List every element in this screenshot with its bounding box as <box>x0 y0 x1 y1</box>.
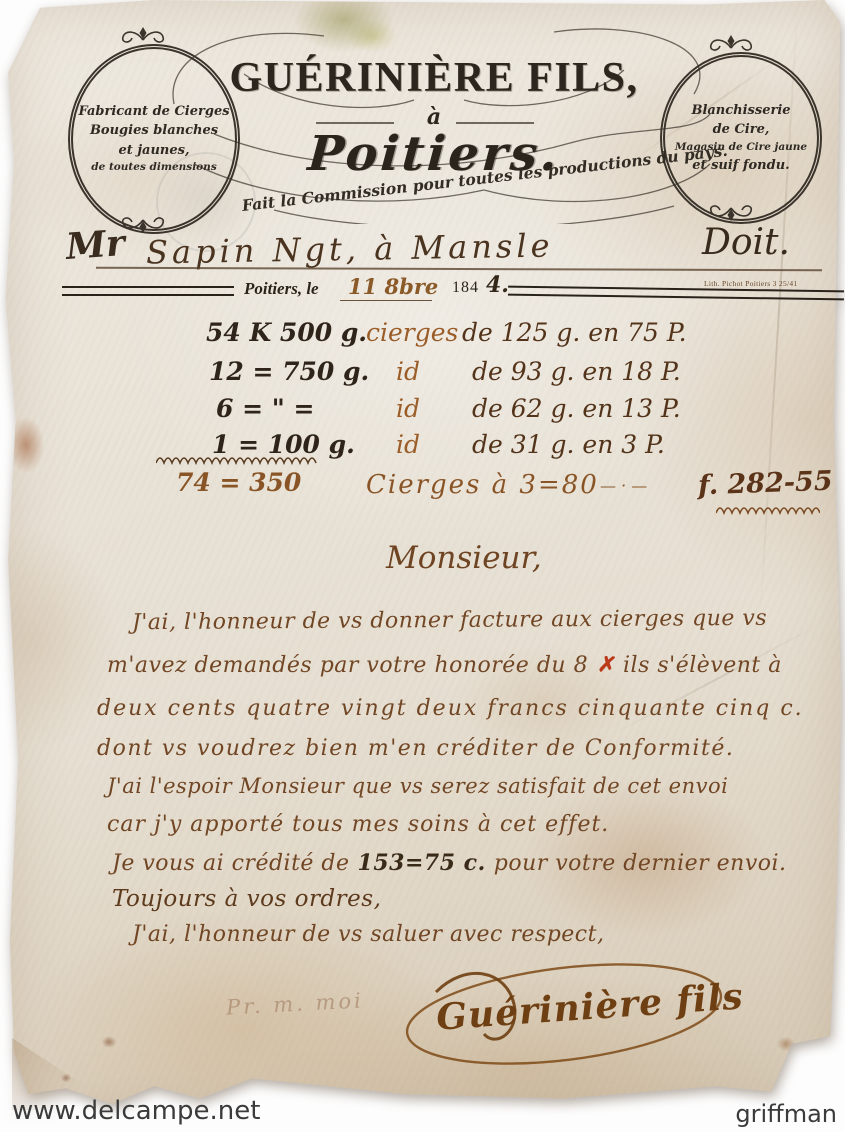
invoice-total-amount: f. 282-55 <box>698 466 834 502</box>
body-line-5: J'ai l'espoir Monsieur que vs serez sati… <box>107 774 728 798</box>
body-line-1: J'ai, l'honneur de vs donner facture aux… <box>132 606 767 635</box>
closing-line-2: J'ai, l'honneur de vs saluer avec respec… <box>132 922 604 947</box>
invoice-total-dashes: — · — <box>600 476 647 495</box>
connector-dash-left <box>316 122 394 124</box>
closing-line-1: Toujours à vos ordres, <box>112 886 381 912</box>
scanned-document: Fabricant de Cierges Bougies blanches et… <box>0 0 845 1132</box>
body-line-3: deux cents quatre vingt deux francs cinq… <box>97 696 804 721</box>
invoice-desc: cierges <box>366 318 458 347</box>
invoice-desc: id <box>396 394 420 423</box>
paper-sheet: Fabricant de Cierges Bougies blanches et… <box>4 0 842 1114</box>
body-line-7a: Je vous ai crédité de <box>112 851 350 876</box>
watermark-right: griffman <box>735 1100 837 1128</box>
invoice-row: 1 = 100 g. id de 31 g. en 3 P. <box>4 430 842 464</box>
company-title: GUÉRINIÈRE FILS, <box>169 54 699 102</box>
invoice-total-qty: 74 = 350 <box>176 468 301 497</box>
date-printed-year: 184 <box>452 279 479 297</box>
invoice-total-desc: Cierges à 3=80 <box>366 470 599 500</box>
salutation: Monsieur, <box>386 540 542 576</box>
date-handwritten-digit: 4. <box>486 272 509 298</box>
total-separator-squiggle <box>156 452 324 466</box>
invoice-desc: id <box>396 430 420 459</box>
invoice-row: 12 = 750 g. id de 93 g. en 18 P. <box>4 357 842 391</box>
body-line-2b: ils s'élèvent à <box>623 653 782 678</box>
date-rule-left <box>62 286 234 296</box>
invoice-qty: 12 = 750 g. <box>209 357 369 386</box>
total-amount-squiggle <box>716 502 820 516</box>
invoice-detail: de 62 g. en 13 P. <box>472 394 681 423</box>
watermark-left: www.delcampe.net <box>12 1096 260 1126</box>
address-recipient: Sapin Ngt, à Mansle <box>146 226 554 271</box>
invoice-row: 54 K 500 g. cierges de 125 g. en 75 P. <box>4 318 842 352</box>
lithographer-imprint: Lith. Pichot Poitiers 3 25/41 <box>704 279 798 288</box>
date-printed-city: Poitiers, le <box>244 279 319 299</box>
address-prefix: Mr <box>65 222 127 268</box>
body-line-6: car j'y apporté tous mes soins à cet eff… <box>107 812 609 837</box>
invoice-detail: de 125 g. en 75 P. <box>462 318 687 347</box>
invoice-qty: 6 = " = <box>216 394 314 423</box>
body-line-7b: pour votre dernier envoi. <box>494 851 787 876</box>
invoice-detail: de 31 g. en 3 P. <box>472 430 665 459</box>
red-cross-mark: ✗ <box>596 651 618 679</box>
body-line-2a: m'avez demandés par votre honorée du 8 <box>107 653 588 678</box>
date-handwritten-day: 11 8bre <box>348 274 438 299</box>
body-line-4: dont vs voudrez bien m'en créditer de Co… <box>97 736 734 761</box>
invoice-detail: de 93 g. en 18 P. <box>472 357 681 386</box>
invoice-desc: id <box>396 357 420 386</box>
body-line-2: m'avez demandés par votre honorée du 8✗i… <box>107 652 782 678</box>
date-day-underline <box>340 300 432 301</box>
address-doit: Doit. <box>702 222 790 263</box>
invoice-row: 6 = " = id de 62 g. en 13 P. <box>4 394 842 428</box>
invoice-qty: 54 K 500 g. <box>206 318 367 347</box>
credited-amount: 153=75 c. <box>358 850 486 876</box>
body-line-7: Je vous ai crédité de153=75 c.pour votre… <box>112 850 787 876</box>
connector-dash-right <box>456 122 534 124</box>
